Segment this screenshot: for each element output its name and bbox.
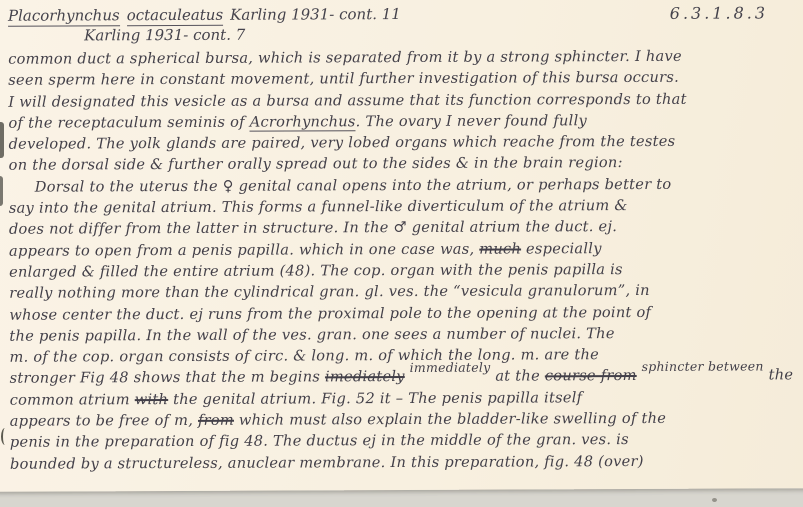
- title-species: octaculeatus: [127, 6, 224, 26]
- struck-text: from: [198, 412, 234, 429]
- text-segment: seen sperm here in constant movement, un…: [8, 69, 679, 89]
- handwritten-line: I will designated this vesicle as a burs…: [8, 88, 796, 113]
- scan-artifact: [0, 176, 3, 206]
- handwritten-line: seen sperm here in constant movement, un…: [8, 67, 796, 92]
- text-segment: Acrorhynchus: [250, 113, 356, 131]
- text-segment: the: [764, 367, 794, 384]
- catalog-code: 6.3.1.8.3: [670, 3, 768, 22]
- title-genus: Placorhynchus: [8, 6, 120, 26]
- card-subtitle: Karling 1931- cont. 7: [84, 23, 796, 44]
- text-segment: enlarged & filled the entire atrium (48)…: [9, 261, 623, 281]
- text-segment: at the: [490, 368, 544, 385]
- text-segment: the genital atrium. Fig. 52 it – The pen…: [168, 389, 582, 408]
- text-segment: appears to open from a penis papilla. wh…: [9, 240, 479, 259]
- text-segment: appears to be free of m,: [10, 412, 198, 430]
- struck-text: course from: [545, 367, 637, 384]
- title-citation: Karling 1931- cont. 11: [230, 5, 401, 24]
- text-segment: does not differ from the latter in struc…: [9, 218, 617, 238]
- handwritten-line: stronger Fig 48 shows that the m begins …: [10, 365, 798, 390]
- text-segment: really nothing more than the cylindrical…: [9, 282, 650, 302]
- text-segment: common duct a spherical bursa, which is …: [8, 48, 682, 68]
- text-segment: . The ovary I never found fully: [356, 112, 587, 130]
- card-content: PlacorhynchusoctaculeatusKarling 1931- c…: [0, 0, 803, 475]
- scan-artifact: [0, 122, 4, 158]
- scan-artifact: [712, 498, 717, 502]
- text-segment: the penis papilla. In the wall of the ve…: [9, 325, 614, 345]
- text-segment: on the dorsal side & further orally spre…: [9, 155, 623, 175]
- text-segment: common atrium: [10, 391, 135, 409]
- struck-text: imediately: [325, 368, 405, 385]
- index-card: PlacorhynchusoctaculeatusKarling 1931- c…: [0, 0, 803, 492]
- scan-artifact: [1, 428, 9, 445]
- text-segment: m. of the cop. organ consists of circ. &…: [9, 346, 599, 366]
- text-segment: stronger Fig 48 shows that the m begins: [10, 369, 325, 387]
- text-segment: which must also explain the bladder-like…: [234, 410, 666, 429]
- text-segment: bounded by a structureless, anuclear mem…: [10, 453, 644, 473]
- text-segment: Dorsal to the uterus the ♀ genital canal…: [35, 176, 672, 196]
- text-segment: whose center the duct. ej runs from the …: [9, 303, 651, 323]
- scanner-background: PlacorhynchusoctaculeatusKarling 1931- c…: [0, 0, 803, 507]
- text-segment: of the receptaculum seminis of: [8, 114, 249, 132]
- struck-text: with: [135, 391, 169, 408]
- text-segment: developed. The yolk glands are paired, v…: [9, 133, 676, 153]
- inserted-text: sphincter between: [642, 367, 764, 368]
- handwritten-line: bounded by a structureless, anuclear mem…: [10, 450, 798, 475]
- card-title: PlacorhynchusoctaculeatusKarling 1931- c…: [8, 5, 401, 25]
- text-segment: I will designated this vesicle as a burs…: [8, 90, 686, 110]
- text-segment: penis in the preparation of fig 48. The …: [10, 431, 629, 451]
- struck-text: much: [479, 240, 521, 257]
- body-lines: common duct a spherical bursa, which is …: [8, 45, 798, 474]
- text-segment: especially: [521, 240, 602, 257]
- card-header: PlacorhynchusoctaculeatusKarling 1931- c…: [8, 3, 796, 25]
- text-segment: say into the genital atrium. This forms …: [9, 197, 628, 217]
